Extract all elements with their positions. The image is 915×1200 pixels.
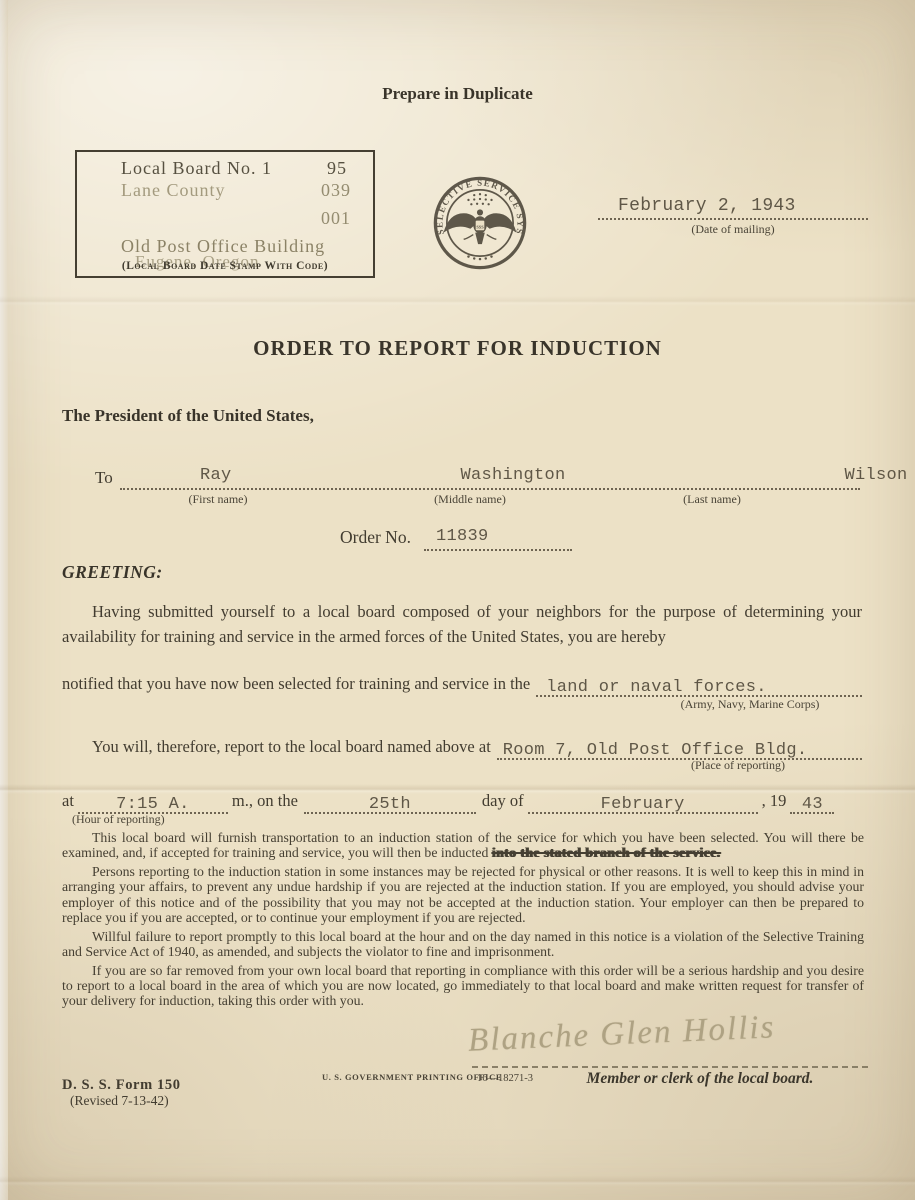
to-label: To [95, 468, 113, 488]
fine-print-paragraph-2: Persons reporting to the induction stati… [62, 864, 864, 926]
time-mid: m., on the [232, 789, 298, 814]
signature-rule [472, 1044, 868, 1068]
page-title: ORDER TO REPORT FOR INDUCTION [0, 336, 915, 361]
report-prefix: You will, therefore, report to the local… [62, 735, 491, 760]
middle-name-label: (Middle name) [395, 492, 545, 507]
fine-print-section: This local board will furnish transporta… [62, 830, 864, 1012]
branch-value: land or naval forces. [546, 678, 767, 697]
printing-office-code: 16—18271-3 [477, 1073, 533, 1084]
notified-line: notified that you have now been selected… [62, 672, 862, 697]
order-no-field: 11839 [424, 525, 572, 551]
place-field: Room 7, Old Post Office Bldg. [497, 736, 862, 760]
greeting-heading: GREETING: [62, 562, 163, 583]
prepare-in-duplicate-heading: Prepare in Duplicate [0, 84, 915, 104]
seal-monogram: SSS [476, 224, 484, 229]
fold-crease [0, 1176, 915, 1186]
day-value: 25th [369, 795, 411, 814]
printing-office-note: U. S. GOVERNMENT PRINTING OFFICE [322, 1072, 502, 1082]
middle-name-value: Washington [461, 466, 566, 485]
time-line: at 7:15 A. m., on the 25th day of Februa… [62, 789, 862, 814]
to-name-field: Ray Washington Wilson [120, 466, 860, 490]
stamp-caption: (Local Board Date Stamp With Code) [77, 260, 373, 272]
seal-stars [467, 193, 492, 205]
stamp-board-code: 95 [327, 158, 347, 179]
stamp-board-name: Local Board No. 1 [121, 158, 272, 179]
struck-out-text: into the stated branch of the service. [492, 845, 721, 860]
time-at: at [62, 789, 74, 814]
branch-label: (Army, Navy, Marine Corps) [638, 697, 862, 712]
salutation: The President of the United States, [62, 406, 314, 426]
fine-print-paragraph-3: Willful failure to report promptly to th… [62, 929, 864, 960]
place-label: (Place of reporting) [618, 758, 858, 773]
local-board-stamp-box: Local Board No. 1 95 Lane County 039 001… [75, 150, 375, 278]
fine-print-paragraph-1: This local board will furnish transporta… [62, 830, 864, 861]
hour-value: 7:15 A. [116, 795, 190, 814]
first-name-value: Ray [200, 466, 232, 485]
order-no-value: 11839 [436, 527, 489, 546]
year-field: 43 [790, 790, 834, 814]
mailing-date-value: February 2, 1943 [618, 196, 796, 216]
branch-field: land or naval forces. [536, 673, 862, 697]
selective-service-seal-icon: SELECTIVE SERVICE SYSTEM SSS [432, 175, 528, 271]
mailing-date-label: (Date of mailing) [598, 222, 868, 237]
time-year-prefix: , 19 [762, 789, 787, 814]
month-field: February [528, 790, 758, 814]
fine-print-paragraph-4: If you are so far removed from your own … [62, 963, 864, 1009]
form-revision: (Revised 7-13-42) [70, 1093, 169, 1109]
last-name-value: Wilson [845, 466, 908, 485]
signature-label: Member or clerk of the local board. [530, 1070, 870, 1088]
mailing-date-field: February 2, 1943 [598, 194, 868, 220]
fine-print-1-text: This local board will furnish transporta… [62, 830, 864, 860]
time-day-of: day of [482, 789, 524, 814]
last-name-label: (Last name) [652, 492, 772, 507]
stamp-extra-code: 001 [321, 208, 351, 229]
stamp-county: Lane County [121, 180, 225, 201]
photo-edge [0, 0, 8, 1200]
report-line: You will, therefore, report to the local… [62, 735, 862, 760]
induction-order-document: Prepare in Duplicate Local Board No. 1 9… [0, 0, 915, 1200]
first-name-label: (First name) [158, 492, 278, 507]
order-no-label: Order No. [340, 527, 411, 548]
hour-field: 7:15 A. [78, 790, 228, 814]
body-paragraph-1: Having submitted yourself to a local boa… [62, 600, 862, 650]
place-value: Room 7, Old Post Office Bldg. [503, 741, 808, 760]
notified-prefix: notified that you have now been selected… [62, 672, 530, 697]
year-value: 43 [802, 795, 823, 814]
stamp-county-code: 039 [321, 180, 351, 201]
day-field: 25th [304, 790, 476, 814]
month-value: February [601, 795, 685, 814]
fold-crease [0, 296, 915, 306]
hour-label: (Hour of reporting) [72, 812, 165, 827]
form-number: D. S. S. Form 150 [62, 1077, 181, 1094]
